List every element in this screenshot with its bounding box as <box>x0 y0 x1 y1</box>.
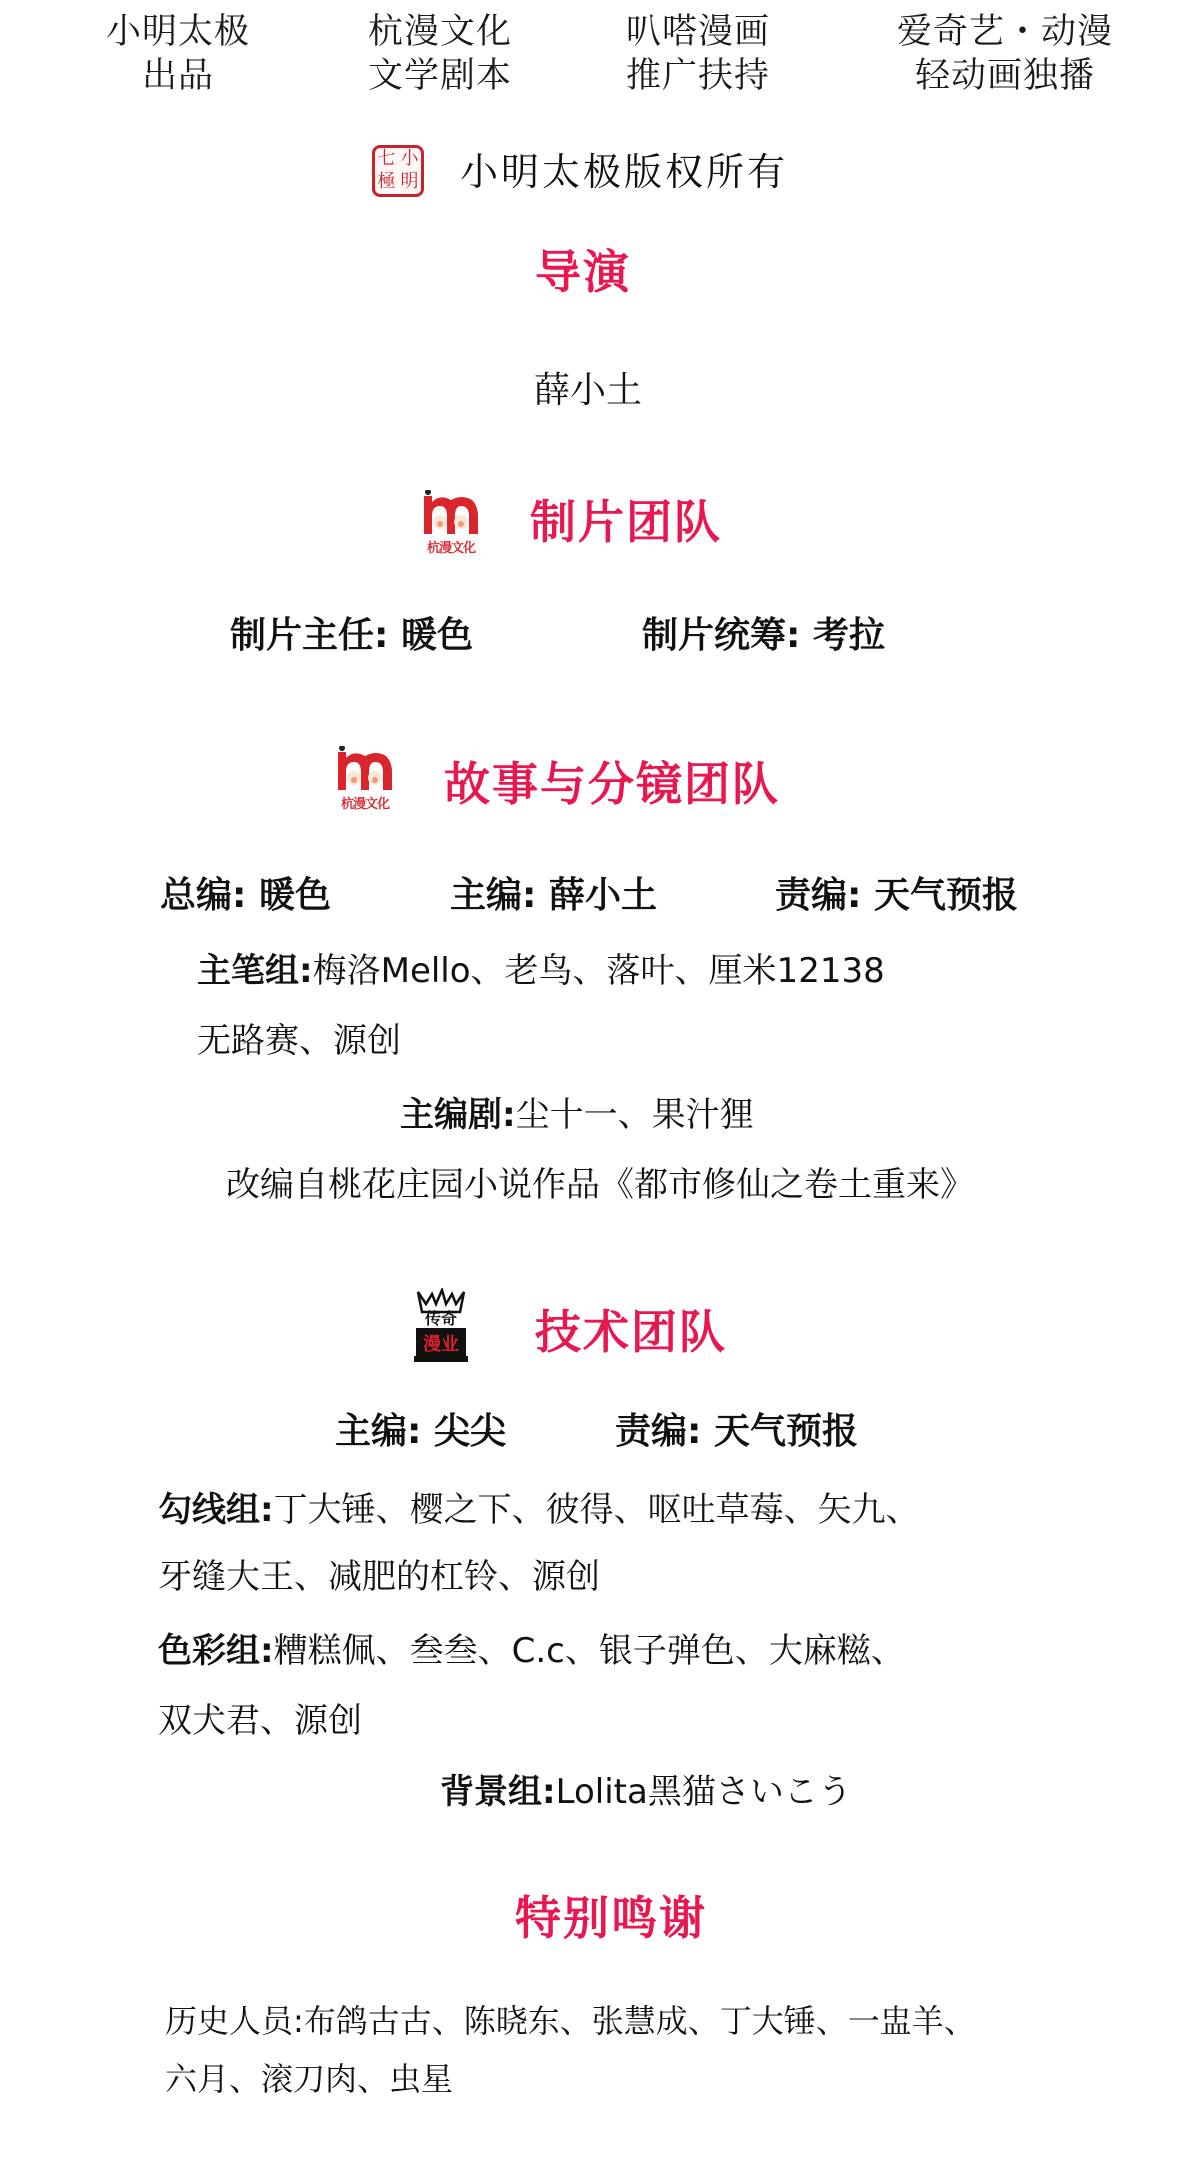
former-staff: 历史人员:布鸽古古、陈晓东、张慧成、丁大锤、一盅羊、 <box>165 2000 976 2042</box>
group-label: 主编剧: <box>400 1095 516 1135</box>
member-name: 暖色 <box>259 875 331 916</box>
head-writers: 主编剧:尘十一、果汁狸 <box>400 1094 754 1136</box>
xiaoming-seal-logo: 七 小 極 明 <box>372 145 424 197</box>
production-coordinator: 制片统筹: 考拉 <box>642 614 885 658</box>
member-name: 考拉 <box>813 615 885 656</box>
chief-editor: 总编: 暖色 <box>160 874 331 918</box>
seal-char: 極 <box>375 171 398 194</box>
group-members: 梅洛Mello、老鸟、落叶、厘米12138 <box>313 951 885 991</box>
role-label: 责编: <box>775 875 861 916</box>
responsible-editor: 责编: 天气预报 <box>775 874 1018 918</box>
hangman-culture-logo: 杭漫文化 <box>416 482 486 556</box>
credit-line: 推广扶持 <box>568 54 828 98</box>
special-thanks-title: 特别鸣谢 <box>515 1890 707 1946</box>
group-members: Lolita黑猫さいこう <box>556 1772 852 1812</box>
role-label: 总编: <box>160 875 246 916</box>
member-name: 暖色 <box>401 615 473 656</box>
m-logo-icon <box>336 746 394 790</box>
credit-line: 文学剧本 <box>310 54 570 98</box>
svg-text:传奇: 传奇 <box>424 1309 457 1328</box>
tech-team-title: 技术团队 <box>535 1304 727 1360</box>
member-name: 薛小土 <box>549 875 657 916</box>
tech-lead-editor: 主编: 尖尖 <box>335 1410 506 1454</box>
story-team-title: 故事与分镜团队 <box>444 756 780 812</box>
credit-line: 出品 <box>48 54 308 98</box>
credit-promotion: 叭嗒漫画 推广扶持 <box>568 10 828 98</box>
color-group: 色彩组:糟糕佩、叁叁、C.c、银子弹色、大麻糍、 <box>158 1630 905 1672</box>
logo-caption: 杭漫文化 <box>416 537 486 556</box>
m-logo-icon <box>422 490 480 534</box>
logo-caption: 杭漫文化 <box>330 793 400 812</box>
production-team-title: 制片团队 <box>530 494 722 550</box>
former-staff-cont: 六月、滚刀肉、虫星 <box>165 2058 453 2100</box>
credit-producer: 小明太极 出品 <box>48 10 308 98</box>
group-members: 布鸽古古、陈晓东、张慧成、丁大锤、一盅羊、 <box>304 2002 976 2040</box>
role-label: 责编: <box>615 1411 701 1452</box>
seal-char: 七 <box>375 148 398 171</box>
group-members: 糟糕佩、叁叁、C.c、银子弹色、大麻糍、 <box>274 1631 905 1671</box>
main-pen-group: 主笔组:梅洛Mello、老鸟、落叶、厘米12138 <box>197 950 885 992</box>
group-label: 历史人员: <box>165 2002 304 2040</box>
copyright-text: 小明太极版权所有 <box>460 148 788 196</box>
member-name: 尖尖 <box>434 1411 506 1452</box>
main-pen-group-cont: 无路赛、源创 <box>197 1020 401 1062</box>
credit-line: 叭嗒漫画 <box>568 10 828 54</box>
group-label: 主笔组: <box>197 951 313 991</box>
credit-line: 爱奇艺・动漫 <box>860 10 1150 54</box>
credit-line: 轻动画独播 <box>860 54 1150 98</box>
color-group-cont: 双犬君、源创 <box>158 1700 362 1742</box>
group-members: 丁大锤、樱之下、彼得、呕吐草莓、矢九、 <box>274 1490 920 1530</box>
svg-text:漫业: 漫业 <box>423 1333 459 1355</box>
role-label: 制片统筹: <box>642 615 800 656</box>
director-title: 导演 <box>535 244 631 300</box>
production-director: 制片主任: 暖色 <box>230 614 473 658</box>
seal-char: 小 <box>398 148 421 171</box>
adaptation-note: 改编自桃花庄园小说作品《都市修仙之卷土重来》 <box>0 1164 1200 1206</box>
group-members: 尘十一、果汁狸 <box>516 1095 754 1135</box>
group-label: 勾线组: <box>158 1490 274 1530</box>
line-art-group: 勾线组:丁大锤、樱之下、彼得、呕吐草莓、矢九、 <box>158 1489 920 1531</box>
role-label: 主编: <box>335 1411 421 1452</box>
director-name: 薛小土 <box>534 370 642 412</box>
group-label: 背景组: <box>440 1772 556 1812</box>
background-group: 背景组:Lolita黑猫さいこう <box>440 1771 852 1813</box>
credit-line: 杭漫文化 <box>310 10 570 54</box>
role-label: 主编: <box>450 875 536 916</box>
credit-line: 小明太极 <box>48 10 308 54</box>
group-label: 色彩组: <box>158 1631 274 1671</box>
hangman-culture-logo: 杭漫文化 <box>330 738 400 812</box>
role-label: 制片主任: <box>230 615 388 656</box>
credit-broadcast: 爱奇艺・动漫 轻动画独播 <box>860 10 1150 98</box>
lead-editor: 主编: 薛小土 <box>450 874 657 918</box>
tech-responsible-editor: 责编: 天气预报 <box>615 1410 858 1454</box>
credit-script: 杭漫文化 文学剧本 <box>310 10 570 98</box>
seal-char: 明 <box>398 171 421 194</box>
line-art-group-cont: 牙缝大王、减肥的杠铃、源创 <box>158 1556 600 1598</box>
legend-comics-logo-icon: 传奇 漫业 <box>412 1288 470 1364</box>
member-name: 天气预报 <box>714 1411 858 1452</box>
member-name: 天气预报 <box>874 875 1018 916</box>
